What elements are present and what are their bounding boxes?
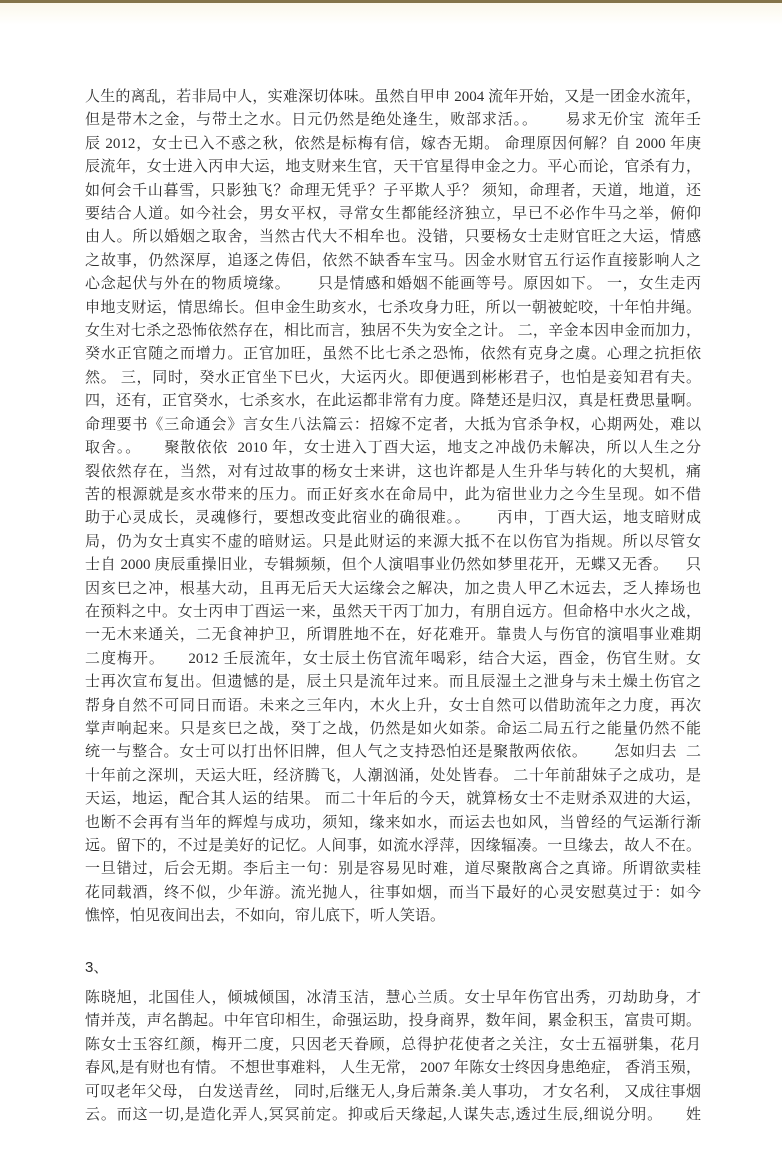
paragraph-1: 人生的离乱，若非局中人，实难深切体味。虽然自甲申 2004 流年开始，又是一团金… — [85, 86, 701, 929]
text-line: 申地支财运，情思绵长。但申金生助亥水，七杀攻身力旺，所以一朝被蛇咬，十年怕井绳。 — [85, 297, 701, 320]
text-line: 二度梅开。 2012 壬辰流年，女士辰土伤官流年喝彩，结合大运，酉金，伤官生财。… — [85, 648, 701, 671]
section-marker: 3、 — [85, 956, 701, 979]
text-line: 四，还有，正官癸水，七杀亥水，在此运都非常有力度。降楚还是归汉，真是枉费思量啊。 — [85, 390, 701, 413]
text-line: 士自 2000 庚辰重操旧业，专辑频频，但个人演唱事业仍然如梦里花开，无蝶又无香… — [85, 554, 701, 577]
text-line: 心念起伏与外在的物质境缘。 只是情感和婚姻不能画等号。原因如下。 一，女生走丙 — [85, 273, 701, 296]
top-glow-gradient — [0, 3, 782, 25]
text-line: 可叹老年父母， 白发送青丝， 同时,后继无人,身后萧条.美人事功， 才女名利， … — [85, 1081, 701, 1104]
text-line: 助于心灵成长，灵魂修行，要想改变此宿业的确很难。。 丙申，丁酉大运，地支暗财成 — [85, 507, 701, 530]
text-line: 人生的离乱，若非局中人，实难深切体味。虽然自甲申 2004 流年开始，又是一团金… — [85, 86, 701, 109]
text-line: 远。留下的，不过是美好的记忆。人间事，如流水浮萍，因缘辐凑。一旦缘去，故人不在。 — [85, 835, 701, 858]
text-line: 癸水正官随之而增力。正官加旺，虽然不比七杀之恐怖，依然有克身之虞。心理之抗拒依 — [85, 343, 701, 366]
text-line: 局，仍为女士真实不虚的暗财运。只是此财运的来源大抵不在以伤官为指规。所以尽管女 — [85, 531, 701, 554]
text-line: 之故事，仍然深厚，追逐之俦侣，依然不缺香车宝马。因金水财官五行运作直接影响人之 — [85, 250, 701, 273]
text-line: 辰流年，女士进入丙申大运，地支财来生官，天干官星得申金之力。平心而论，官杀有力， — [85, 156, 701, 179]
text-line: 也断不会再有当年的辉煌与成功，须知，缘来如水，而运去也如风，当曾经的气运渐行渐 — [85, 812, 701, 835]
text-line: 云。而这一切,是造化弄人,冥冥前定。抑或后天缘起,人谋失志,透过生辰,细说分明。… — [85, 1104, 701, 1127]
text-line: 因亥巳之冲，根基大动，且再无后天大运缘会之解决，加之贵人甲乙木远去，乏人捧场也 — [85, 578, 701, 601]
text-line: 女生对七杀之恐怖依然存在，相比而言，独居不失为安全之计。 二，辛金本因申金而加力… — [85, 320, 701, 343]
text-line: 陈晓旭，北国佳人，倾城倾国，冰清玉洁，慧心兰质。女士早年伤官出秀，刃劫助身，才 — [85, 987, 701, 1010]
text-line: 情并茂，声名鹊起。中年官印相生，命强运助，投身商界，数年间，累金积玉，富贵可期。 — [85, 1010, 701, 1033]
text-line: 天运，地运，配合其人运的结果。 而二十年后的今天，就算杨女士不走财杀双进的大运， — [85, 788, 701, 811]
text-line: 如何会千山暮雪，只影独飞？命理无凭乎？子平欺人乎？ 须知，命理者，天道，地道，还 — [85, 180, 701, 203]
text-line: 帮身自然不可同日而语。未来之三年内，木火上升，女士自然可以借助流年之力度，再次 — [85, 695, 701, 718]
text-line: 但是带木之金，与带土之水。日元仍然是绝处逢生，败部求活。。 易求无价宝 流年壬 — [85, 109, 701, 132]
paragraph-2: 陈晓旭，北国佳人，倾城倾国，冰清玉洁，慧心兰质。女士早年伤官出秀，刃劫助身，才情… — [85, 987, 701, 1127]
text-line: 取舍。。 聚散依依 2010 年，女士进入丁酉大运，地支之冲战仍未解决，所以人生… — [85, 437, 701, 460]
text-line: 由人。所以婚姻之取舍，当然古代大不相牟也。没错，只要杨女士走财官旺之大运，情感 — [85, 226, 701, 249]
text-line: 辰 2012，女士已入不惑之秋，依然是标梅有信，嫁杏无期。 命理原因何解？自 2… — [85, 133, 701, 156]
text-line: 统一与整合。女士可以打出怀旧牌，但人气之支持恐怕还是聚散两依依。 怎如归去 二 — [85, 741, 701, 764]
text-line: 裂依然存在，当然，对有过故事的杨女士来讲，这也许都是人生升华与转化的大契机，痛 — [85, 461, 701, 484]
text-line: 苦的根源就是亥水带来的压力。而正好亥水在命局中，此为宿世业力之今生呈现。如不借 — [85, 484, 701, 507]
text-line: 春风,是有财也有情。 不想世事难料， 人生无常， 2007 年陈女士终因身患绝症… — [85, 1057, 701, 1080]
text-line: 憔悴，怕见夜间出去，不如向，帘儿底下，听人笑语。 — [85, 905, 701, 928]
document-page: 人生的离乱，若非局中人，实难深切体味。虽然自甲申 2004 流年开始，又是一团金… — [85, 86, 701, 1127]
text-line: 要结合人道。如今社会，男女平权，寻常女生都能经济独立，早已不必作牛马之举，俯仰 — [85, 203, 701, 226]
text-line: 然。 三，同时，癸水正官坐下巳火，大运丙火。即便遇到彬彬君子，也怕是妾知君有夫。 — [85, 367, 701, 390]
text-line: 一无木来通关，二无食神护卫，所谓胜地不在，好花难开。靠贵人与伤官的演唱事业难期 — [85, 624, 701, 647]
text-line: 士再次宣布复出。但遗憾的是，辰土只是流年过来。而且辰湿土之泄身与未土燥土伤官之 — [85, 671, 701, 694]
text-line: 花同载酒，终不似，少年游。流光抛人，往事如烟，而当下最好的心灵安慰莫过于：如今 — [85, 882, 701, 905]
text-line: 陈女士玉容红颜，梅开二度，只因老天眷顾，总得护花使者之关注，女士五福骈集，花月 — [85, 1034, 701, 1057]
text-line: 命理要书《三命通会》言女生八法篇云：招嫁不定者，大抵为官杀争权，心期两处，难以 — [85, 414, 701, 437]
text-line: 掌声响起来。只是亥巳之战，癸丁之战，仍然是如火如荼。命运二局五行之能量仍然不能 — [85, 718, 701, 741]
text-line: 一旦错过，后会无期。李后主一句：别是容易见时难，道尽聚散离合之真谛。所谓欲卖桂 — [85, 858, 701, 881]
text-line: 在预料之中。女士丙申丁酉运一来，虽然天干丙丁加力，有朋自远方。但命格中水火之战， — [85, 601, 701, 624]
text-line: 十年前之深圳，天运大旺，经济腾飞，人潮汹涌，处处皆春。 二十年前甜妹子之成功，是 — [85, 765, 701, 788]
